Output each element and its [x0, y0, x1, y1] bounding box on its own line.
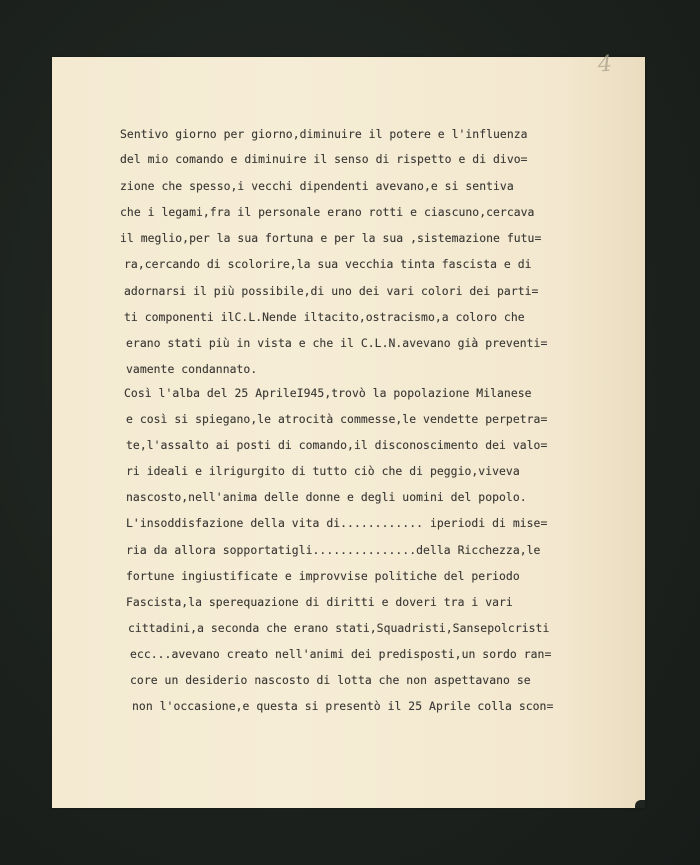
- text-line-7: adornarsi il più possibile,di uno dei va…: [124, 284, 538, 298]
- text-line-3: zione che spesso,i vecchi dipendenti ave…: [120, 179, 514, 193]
- handwritten-page-number: 4: [597, 52, 613, 78]
- text-line-1: Sentivo giorno per giorno,diminuire il p…: [120, 127, 528, 141]
- text-line-2: del mio comando e diminuire il senso di …: [120, 152, 528, 166]
- text-line-8: ti componenti ilC.L.Nende iltacito,ostra…: [124, 310, 525, 324]
- text-line-14: ri ideali e ilrigurgito di tutto ciò che…: [126, 464, 520, 478]
- text-line-10: vamente condannato.: [126, 362, 257, 376]
- text-line-6: ra,cercando di scolorire,la sua vecchia …: [124, 257, 532, 271]
- text-line-19: Fascista,la sperequazione di diritti e d…: [126, 595, 513, 609]
- text-line-23: non l'occasione,e questa si presentò il …: [132, 699, 553, 713]
- text-line-15: nascosto,nell'anima delle donne e degli …: [126, 490, 527, 504]
- text-line-18: fortune ingiustificate e improvvise poli…: [126, 569, 520, 583]
- text-line-11: Così l'alba del 25 AprileI945,trovò la p…: [124, 386, 532, 400]
- text-line-17: ria da allora sopportatigli.............…: [126, 543, 540, 557]
- text-line-22: core un desiderio nascosto di lotta che …: [130, 673, 531, 687]
- text-line-21: ecc...avevano creato nell'animi dei pred…: [130, 647, 551, 661]
- text-line-12: e così si spiegano,le atrocità commesse,…: [126, 412, 547, 426]
- text-line-9: erano stati più in vista e che il C.L.N.…: [126, 336, 547, 350]
- text-line-20: cittadini,a seconda che erano stati,Squa…: [128, 621, 549, 635]
- text-line-16: L'insoddisfazione della vita di.........…: [126, 516, 547, 530]
- text-line-4: che i legami,fra il personale erano rott…: [120, 205, 534, 219]
- text-line-13: te,l'assalto ai posti di comando,il disc…: [126, 438, 547, 452]
- typewritten-page: [52, 57, 645, 808]
- text-line-5: il meglio,per la sua fortuna e per la su…: [120, 231, 541, 245]
